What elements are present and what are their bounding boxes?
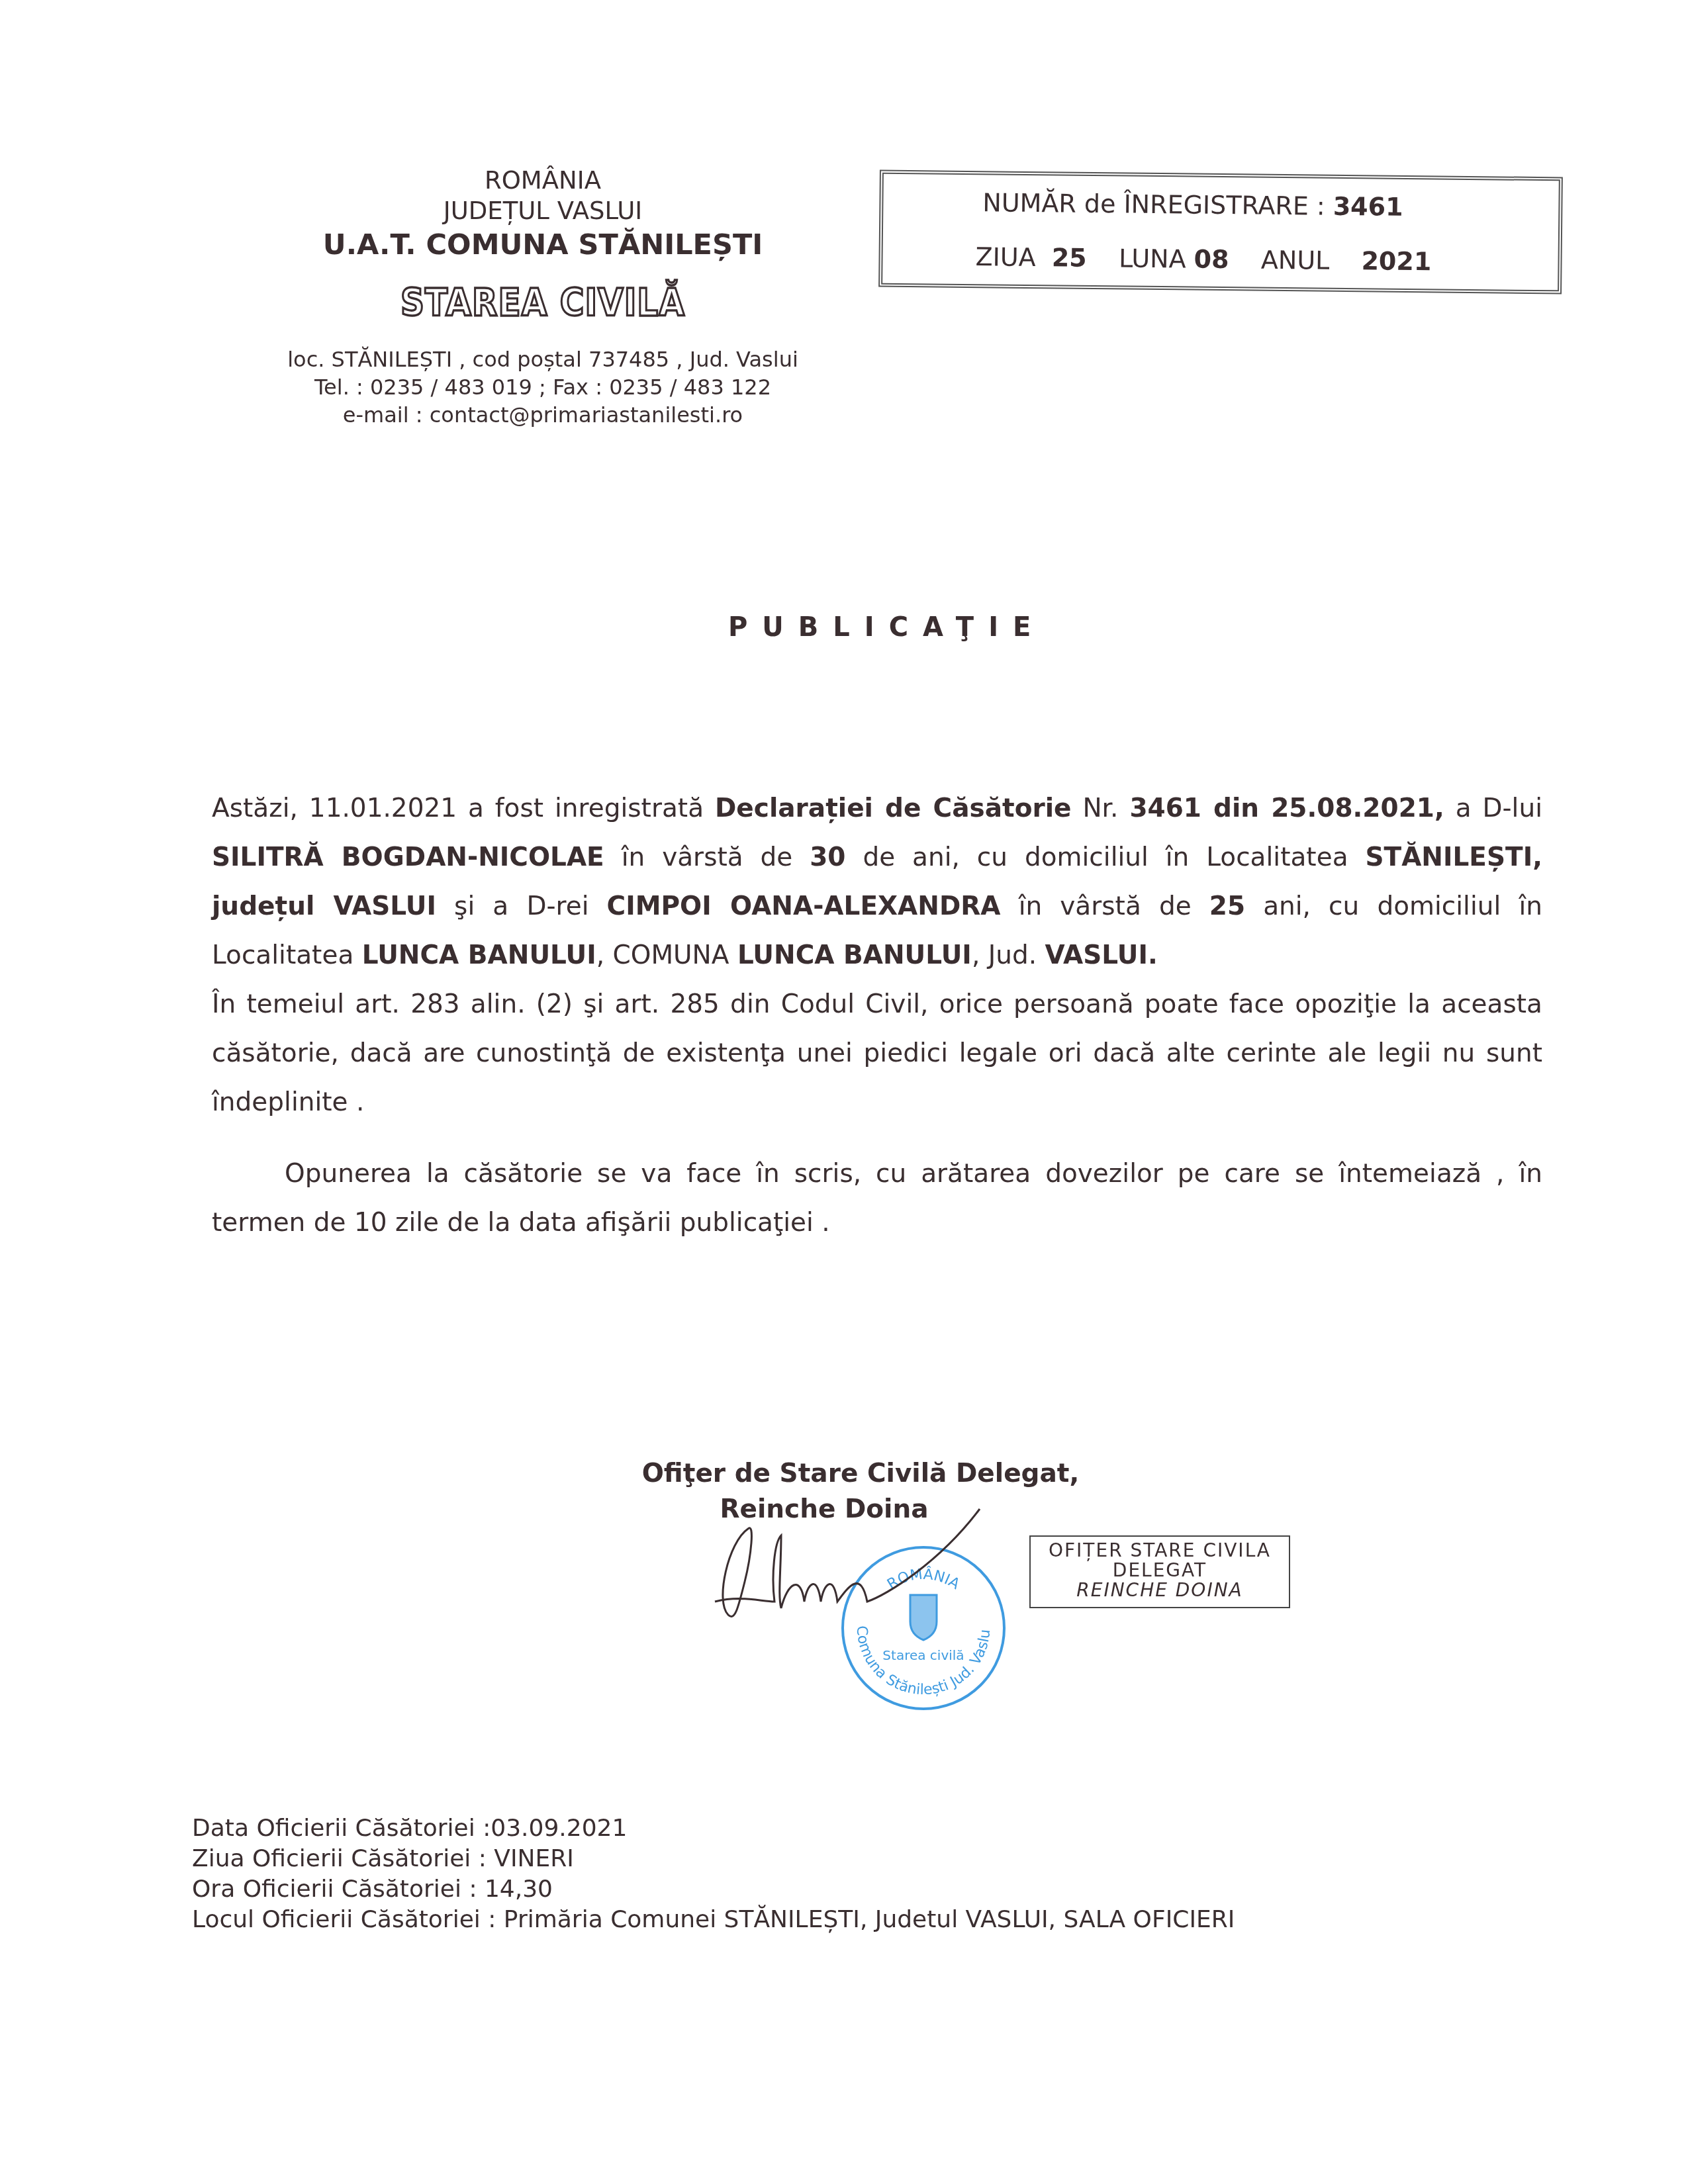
stamp-line-3: REINCHE DOINA (1031, 1580, 1289, 1600)
address: loc. STĂNILEȘTI , cod poștal 737485 , Ju… (252, 345, 834, 373)
bride-age: 25 (1209, 891, 1245, 921)
opposition-paragraph: Opunerea la căsătorie se va face în scri… (212, 1150, 1542, 1248)
registration-box: NUMĂR de ÎNREGISTRARE : 3461 ZIUA 25 LUN… (878, 170, 1563, 295)
handwritten-signature-icon (688, 1502, 1033, 1635)
bride-county: VASLUI. (1045, 940, 1157, 970)
phone-fax: Tel. : 0235 / 483 019 ; Fax : 0235 / 483… (252, 373, 834, 401)
text: , Jud. (972, 940, 1045, 970)
ceremony-time: Ora Oficierii Căsătoriei : 14,30 (192, 1874, 1235, 1905)
document-title: PUBLICAŢIE (728, 612, 1045, 643)
text: a D-lui (1444, 794, 1542, 823)
bride-name: CIMPOI OANA-ALEXANDRA (607, 891, 1001, 921)
registration-number: 3461 (1333, 192, 1403, 222)
day-value: 25 (1052, 243, 1087, 273)
text: în vârstă de (604, 842, 810, 872)
year-value: 2021 (1361, 246, 1431, 276)
month-value: 08 (1194, 245, 1229, 275)
text: de ani, cu domiciliul în Localitatea (846, 842, 1366, 872)
groom-name: SILITRĂ BOGDAN-NICOLAE (212, 842, 604, 872)
institution: U.A.T. COMUNA STĂNILEȘTI (252, 226, 834, 263)
text: în vârstă de (1001, 891, 1209, 921)
bride-commune: LUNCA BANULUI (737, 940, 972, 970)
text: , COMUNA (596, 940, 737, 970)
officer-stamp: OFIȚER STARE CIVILA DELEGAT REINCHE DOIN… (1029, 1535, 1290, 1608)
ceremony-place: Locul Oficierii Căsătoriei : Primăria Co… (192, 1905, 1235, 1935)
day-label: ZIUA (975, 242, 1036, 272)
declaration-number-date: 3461 din 25.08.2021, (1129, 794, 1444, 823)
year-label: ANUL (1261, 246, 1330, 275)
groom-age: 30 (810, 842, 845, 872)
month-label: LUNA (1119, 244, 1186, 273)
seal-center-text: Starea civilă (882, 1647, 964, 1663)
text: şi a D-rei (436, 891, 607, 921)
declaration-type: Declarației de Căsătorie (715, 794, 1072, 823)
declaration-paragraph: Astăzi, 11.01.2021 a fost inregistrată D… (212, 784, 1542, 980)
registration-number-label: NUMĂR de ÎNREGISTRARE : (982, 188, 1325, 220)
text: Nr. (1072, 794, 1130, 823)
bride-locality: LUNCA BANULUI (362, 940, 596, 970)
document-body: Astăzi, 11.01.2021 a fost inregistrată D… (212, 784, 1542, 1248)
legal-basis-paragraph: În temeiul art. 283 alin. (2) şi art. 28… (212, 980, 1542, 1127)
document-header: ROMÂNIA JUDEȚUL VASLUI U.A.T. COMUNA STĂ… (252, 165, 834, 429)
text: Astăzi, 11.01.2021 a fost inregistrată (212, 794, 715, 823)
stamp-line-2: DELEGAT (1031, 1561, 1289, 1580)
ceremony-day: Ziua Oficierii Căsătoriei : VINERI (192, 1844, 1235, 1874)
stamp-line-1: OFIȚER STARE CIVILA (1031, 1541, 1289, 1561)
country: ROMÂNIA (252, 165, 834, 196)
department-title: STAREA CIVILĂ (400, 281, 685, 325)
ceremony-details: Data Oficierii Căsătoriei :03.09.2021 Zi… (192, 1813, 1235, 1935)
ceremony-date: Data Oficierii Căsătoriei :03.09.2021 (192, 1813, 1235, 1844)
email: e-mail : contact@primariastanilesti.ro (252, 401, 834, 429)
signatory-role: Ofiţer de Stare Civilă Delegat, (629, 1456, 1092, 1492)
county: JUDEȚUL VASLUI (252, 196, 834, 226)
